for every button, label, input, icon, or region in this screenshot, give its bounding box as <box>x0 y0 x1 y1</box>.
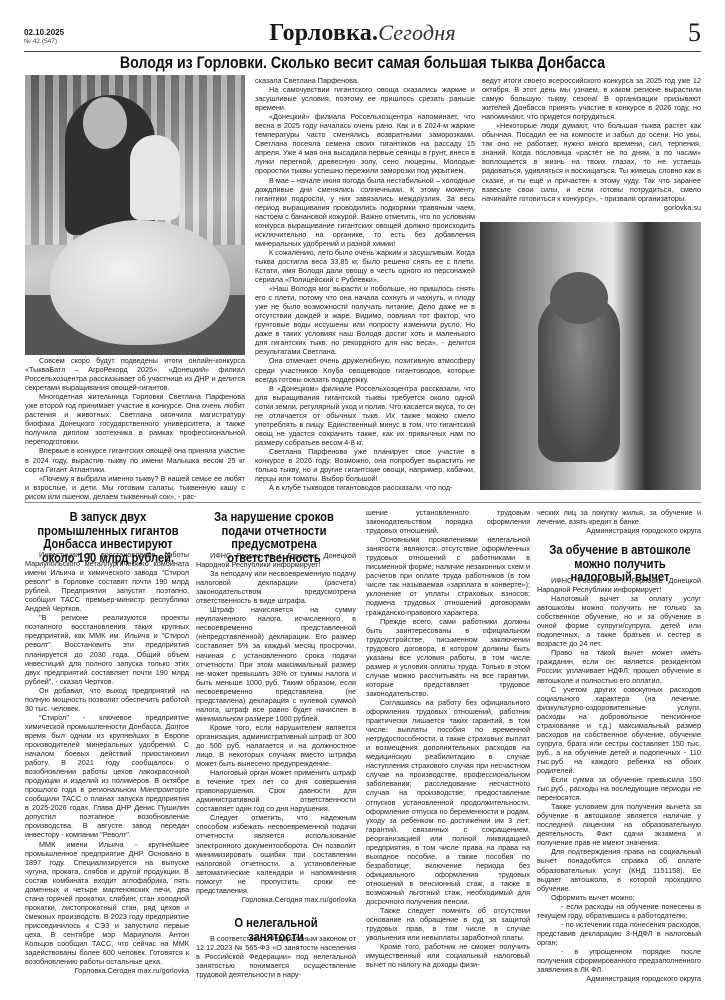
paragraph: На самочувствии гигантского овоща сказал… <box>255 85 475 112</box>
tax-deadline-body: ИФНС России по г. Горловке Донецкой Наро… <box>196 551 356 904</box>
paragraph: Кроме того, работник не сможет получить … <box>366 942 530 969</box>
paragraph: Впервые в конкурсе гигантских овощей она… <box>25 446 245 473</box>
paragraph: Для подтверждения права на социальный вы… <box>537 847 701 892</box>
paragraph: "В регионе реализуются проекты поэтапног… <box>25 613 189 685</box>
paragraph: Она отмечает очень дружелюбную, позитивн… <box>255 356 475 383</box>
photo-woman-dog-pumpkin <box>25 75 245 355</box>
paragraph: Если сумма за обучение превысила 150 тыс… <box>537 775 701 802</box>
page-number: 5 <box>688 18 701 48</box>
paragraph: «Почему я выбрала именно тыкву? В нашей … <box>25 474 245 501</box>
paragraph: А в клубе тыкводов гигантоводов рассказа… <box>255 483 475 492</box>
signature: Администрация городского округа <box>537 974 701 983</box>
section-divider <box>25 502 701 503</box>
paragraph: Оформить вычет можно: <box>537 893 701 902</box>
paragraph: Совсем скоро будут подведены итоги онлай… <box>25 356 245 392</box>
woman-face <box>83 97 127 149</box>
header-rule <box>24 51 701 52</box>
paragraph: ИФНС России по г. Горловке Донецкой Наро… <box>537 576 701 594</box>
invest-article-body: Инвестиции в восстановление работы Мариу… <box>25 550 189 975</box>
paragraph: Право на такой вычет может иметь граждан… <box>537 648 701 684</box>
masthead-main: Горловка. <box>269 20 378 46</box>
paragraph: Инвестиции в восстановление работы Мариу… <box>25 550 189 613</box>
dog-figure <box>130 135 180 220</box>
main-article-col1: Совсем скоро будут подведены итоги онлай… <box>25 356 245 501</box>
paragraph: шение установленного трудовым законодате… <box>366 508 530 535</box>
paragraph: Также условием для получения вычета за о… <box>537 802 701 847</box>
masthead-italic: Сегодня <box>378 20 456 45</box>
paragraph: «Наш Володя мог вырасти и побольше, но п… <box>255 284 475 356</box>
paragraph: В соответствии с Федеральным законом от … <box>196 934 356 979</box>
paragraph: Штраф начисляется на сумму неуплаченного… <box>196 605 356 723</box>
paragraph: ведут итоги своего всероссийского конкур… <box>482 76 701 121</box>
photo-cat <box>480 222 701 490</box>
masthead: Горловка.Сегодня <box>0 20 725 47</box>
main-headline: Володя из Горловки. Сколько весит самая … <box>51 55 675 72</box>
paragraph: За неподачу или несвоевременную подачу н… <box>196 569 356 605</box>
paragraph: В «Донецком» филиале Россельхозцентра ра… <box>255 384 475 447</box>
main-article-col2: сказала Светлана Парфенова. На самочувст… <box>255 76 475 492</box>
paragraph: Кроме того, если нарушителем является ор… <box>196 723 356 768</box>
pumpkin-figure <box>50 220 230 345</box>
paragraph: ММК имени Ильича - крупнейшее промышленн… <box>25 840 189 967</box>
paragraph: К сожалению, лето было очень жарким и за… <box>255 248 475 284</box>
paragraph: В мае – начале июня погода была нестабил… <box>255 176 475 248</box>
paragraph: "Стирол" - ключевое предприятие химическ… <box>25 713 189 840</box>
list-item: - в упрощенном порядке после получения с… <box>537 947 701 974</box>
paragraph: ИФНС России по г. Горловке Донецкой Наро… <box>196 551 356 569</box>
paragraph: Также следует помнить об отсутствии осно… <box>366 906 530 942</box>
paragraph: Следует отметить, что надежным способом … <box>196 813 356 894</box>
paragraph: сказала Светлана Парфенова. <box>255 76 475 85</box>
paragraph: Соглашаясь на работу без официального оф… <box>366 698 530 906</box>
cat-head <box>550 272 608 324</box>
paragraph: «Некоторые люди думают, что большая тыкв… <box>482 121 701 202</box>
illegal-employment-col-b: шение установленного трудовым законодате… <box>366 508 530 969</box>
signature: Горловка.Сегодня max.ru/gorlovka <box>196 895 356 904</box>
source-credit: gorlovka.su <box>482 203 701 212</box>
list-item: - если расходы на обучение понесены в те… <box>537 902 701 920</box>
list-item: - по истечении года понесения расходов, … <box>537 920 701 947</box>
paragraph: С учетом других совокупных расходов соци… <box>537 685 701 775</box>
paragraph: Налоговый вычет за оплату услуг автошкол… <box>537 594 701 648</box>
driving-school-body: ИФНС России по г. Горловке Донецкой Наро… <box>537 576 701 983</box>
illegal-employment-col-a: В соответствии с Федеральным законом от … <box>196 934 356 979</box>
paragraph: Налоговый орган может применить штраф в … <box>196 768 356 813</box>
main-article-col3: ведут итоги своего всероссийского конкур… <box>482 76 701 212</box>
illegal-employment-col-c: ческих лиц за покупку жилья, за обучение… <box>537 508 701 535</box>
paragraph: «Донецкий» филиала Россельхозцентра напо… <box>255 112 475 175</box>
paragraph: Прежде всего, сами работники должны быть… <box>366 617 530 698</box>
signature: Администрация городского округа <box>537 526 701 535</box>
paragraph: ческих лиц за покупку жилья, за обучение… <box>537 508 701 526</box>
paragraph: Многодетная жительница Горловки Светлана… <box>25 392 245 446</box>
signature: Горловка.Сегодня max.ru/gorlovka <box>25 966 189 975</box>
paragraph: Светлана Парфенова уже планирует свое уч… <box>255 447 475 483</box>
paragraph: Он добавил, что выход предприятий на пол… <box>25 686 189 713</box>
paragraph: Основными проявлениями нелегальной занят… <box>366 535 530 616</box>
